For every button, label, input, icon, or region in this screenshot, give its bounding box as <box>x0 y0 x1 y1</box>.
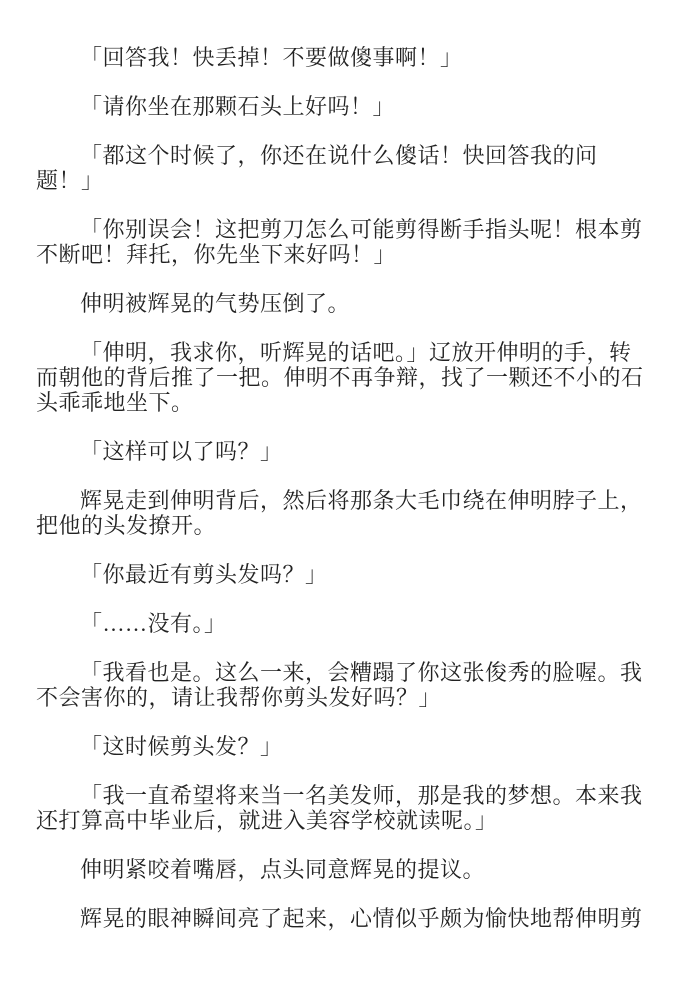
paragraph: 「这样可以了吗？」 <box>36 439 676 464</box>
text-line: 题！」 <box>36 168 676 193</box>
paragraph: 「回答我！快丢掉！不要做傻事啊！」 <box>36 45 676 70</box>
text-line: 把他的头发撩开。 <box>36 513 676 538</box>
paragraph: 伸明被辉晃的气势压倒了。 <box>36 291 676 316</box>
text-line: 伸明紧咬着嘴唇，点头同意辉晃的提议。 <box>36 857 676 882</box>
text-line: 「我看也是。这么一来，会糟蹋了你这张俊秀的脸喔。我 <box>36 660 676 685</box>
paragraph: 辉晃走到伸明背后，然后将那条大毛巾绕在伸明脖子上，把他的头发撩开。 <box>36 488 676 538</box>
text-line: 「你最近有剪头发吗？」 <box>36 562 676 587</box>
text-line: 不断吧！拜托，你先坐下来好吗！」 <box>36 242 676 267</box>
text-line: 「都这个时候了，你还在说什么傻话！快回答我的问 <box>36 143 676 168</box>
document-page: 「回答我！快丢掉！不要做傻事啊！」「请你坐在那颗石头上好吗！」「都这个时候了，你… <box>0 0 700 992</box>
text-line: 辉晃走到伸明背后，然后将那条大毛巾绕在伸明脖子上， <box>36 488 676 513</box>
paragraph: 「伸明，我求你，听辉晃的话吧。」辽放开伸明的手，转而朝他的背后推了一把。伸明不再… <box>36 340 676 415</box>
paragraph: 「都这个时候了，你还在说什么傻话！快回答我的问题！」 <box>36 143 676 193</box>
text-line: 「这时候剪头发？」 <box>36 734 676 759</box>
text-line: 「……没有。」 <box>36 611 676 636</box>
text-line: 「请你坐在那颗石头上好吗！」 <box>36 94 676 119</box>
paragraph: 伸明紧咬着嘴唇，点头同意辉晃的提议。 <box>36 857 676 882</box>
text-line: 「我一直希望将来当一名美发师，那是我的梦想。本来我 <box>36 783 676 808</box>
text-line: 「伸明，我求你，听辉晃的话吧。」辽放开伸明的手，转 <box>36 340 676 365</box>
paragraph: 「……没有。」 <box>36 611 676 636</box>
text-line: 辉晃的眼神瞬间亮了起来，心情似乎颇为愉快地帮伸明剪 <box>36 906 676 931</box>
paragraph: 「你最近有剪头发吗？」 <box>36 562 676 587</box>
text-line: 头乖乖地坐下。 <box>36 390 676 415</box>
text-line: 不会害你的，请让我帮你剪头发好吗？」 <box>36 685 676 710</box>
text-line: 「回答我！快丢掉！不要做傻事啊！」 <box>36 45 676 70</box>
paragraph: 辉晃的眼神瞬间亮了起来，心情似乎颇为愉快地帮伸明剪 <box>36 906 676 931</box>
text-line: 而朝他的背后推了一把。伸明不再争辩，找了一颗还不小的石 <box>36 365 676 390</box>
paragraph: 「你别误会！这把剪刀怎么可能剪得断手指头呢！根本剪不断吧！拜托，你先坐下来好吗！… <box>36 217 676 267</box>
novel-text-body: 「回答我！快丢掉！不要做傻事啊！」「请你坐在那颗石头上好吗！」「都这个时候了，你… <box>36 45 676 931</box>
text-line: 伸明被辉晃的气势压倒了。 <box>36 291 676 316</box>
text-line: 还打算高中毕业后，就进入美容学校就读呢。」 <box>36 808 676 833</box>
paragraph: 「这时候剪头发？」 <box>36 734 676 759</box>
paragraph: 「请你坐在那颗石头上好吗！」 <box>36 94 676 119</box>
text-line: 「这样可以了吗？」 <box>36 439 676 464</box>
paragraph: 「我看也是。这么一来，会糟蹋了你这张俊秀的脸喔。我不会害你的，请让我帮你剪头发好… <box>36 660 676 710</box>
text-line: 「你别误会！这把剪刀怎么可能剪得断手指头呢！根本剪 <box>36 217 676 242</box>
paragraph: 「我一直希望将来当一名美发师，那是我的梦想。本来我还打算高中毕业后，就进入美容学… <box>36 783 676 833</box>
